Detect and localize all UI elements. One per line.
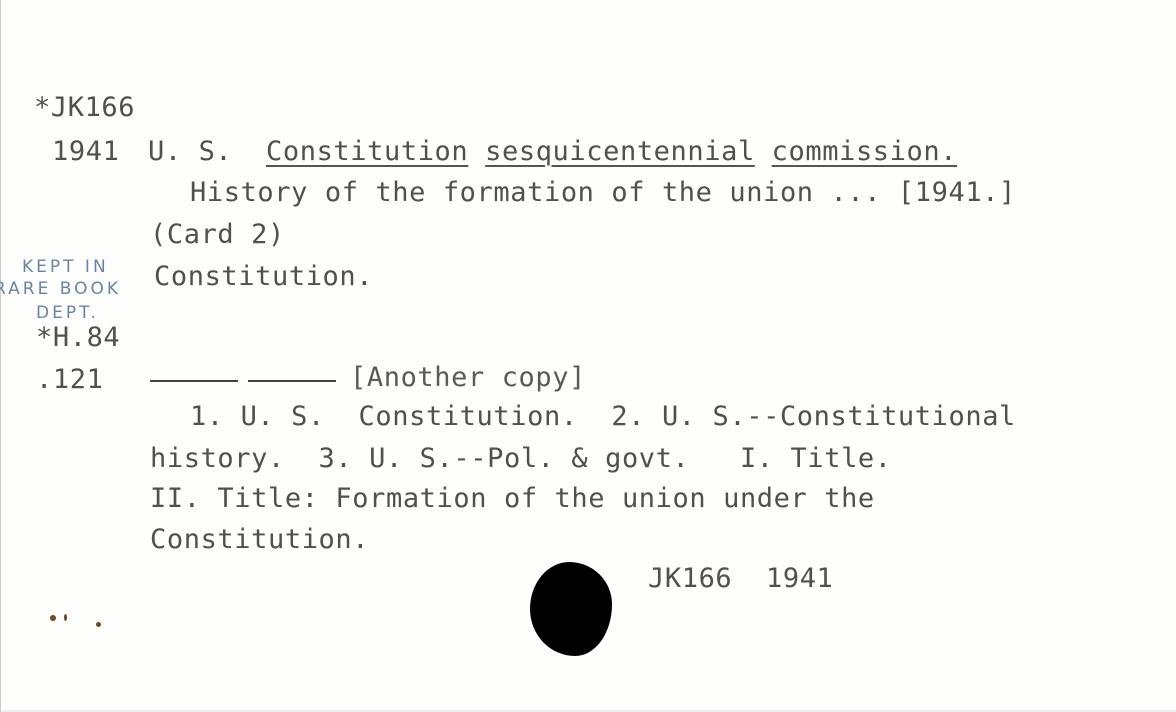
subject-heading: Constitution. — [154, 261, 373, 293]
author-part-2: sesquicentennial — [485, 136, 755, 167]
author-prefix: U. S. — [148, 136, 232, 167]
stamp-line-3: DEPT. — [36, 304, 99, 322]
dash-rule-2 — [248, 380, 336, 382]
call-number-line-4: .121 — [36, 364, 103, 396]
ink-speck — [50, 615, 56, 621]
ink-speck — [96, 622, 101, 627]
tracing-line-2: history. 3. U. S.--Pol. & govt. I. Title… — [150, 443, 892, 475]
dash-rule-1 — [150, 380, 238, 382]
author-part-3: commission. — [772, 136, 957, 167]
tracing-line-1: 1. U. S. Constitution. 2. U. S.--Constit… — [190, 401, 1016, 433]
punch-hole-blot — [530, 562, 612, 656]
call-number-line-1: *JK166 — [34, 92, 135, 124]
author-heading: U. S. Constitution sesquicentennial comm… — [148, 136, 957, 168]
another-copy-note: [Another copy] — [350, 362, 586, 394]
ink-speck — [64, 614, 67, 621]
card-note: (Card 2) — [150, 219, 285, 251]
call-number-line-2: 1941 — [52, 136, 119, 168]
footer-call-number: JK166 1941 — [648, 563, 833, 595]
catalog-card: *JK166 1941 U. S. Constitution sesquicen… — [0, 0, 1176, 712]
stamp-line-1: KEPT IN — [22, 258, 109, 276]
author-part-1: Constitution — [266, 136, 468, 167]
stamp-line-2: RARE BOOK — [0, 280, 121, 298]
call-number-line-3: *H.84 — [36, 322, 120, 354]
title-line: History of the formation of the union ..… — [190, 177, 1016, 209]
tracing-line-4: Constitution. — [150, 524, 369, 556]
tracing-line-3: II. Title: Formation of the union under … — [150, 483, 875, 515]
